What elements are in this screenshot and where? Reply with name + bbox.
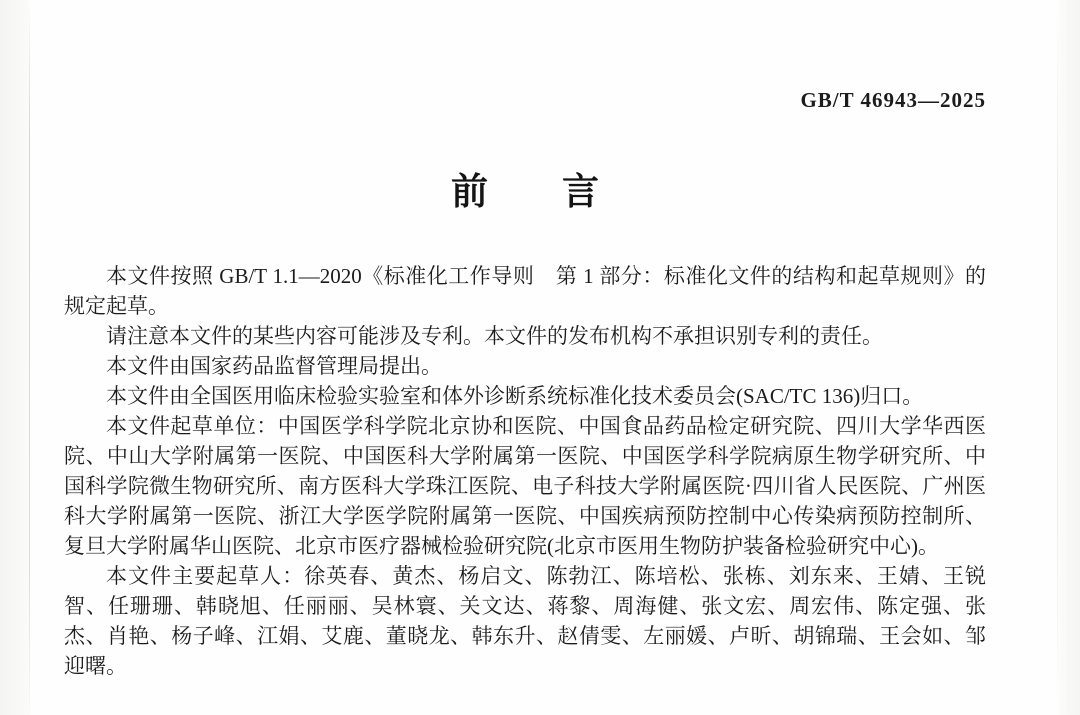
paragraph-centralized-by: 本文件由全国医用临床检验实验室和体外诊断系统标准化技术委员会(SAC/TC 13…	[64, 381, 986, 411]
paragraph-proposed-by: 本文件由国家药品监督管理局提出。	[64, 351, 986, 381]
paragraph-drafting-organizations: 本文件起草单位：中国医学科学院北京协和医院、中国食品药品检定研究院、四川大学华西…	[64, 411, 986, 561]
paragraph-main-drafters: 本文件主要起草人：徐英春、黄杰、杨启文、陈勃江、陈培松、张栋、刘东来、王婧、王锐…	[64, 561, 986, 681]
page-scan-edge-right	[1058, 0, 1080, 715]
standard-number: GB/T 46943—2025	[64, 88, 986, 113]
page-edge-line-right	[1057, 0, 1058, 715]
paragraph-patent-notice: 请注意本文件的某些内容可能涉及专利。本文件的发布机构不承担识别专利的责任。	[64, 321, 986, 351]
document-page: GB/T 46943—2025 前 言 本文件按照 GB/T 1.1—2020《…	[0, 0, 1080, 715]
page-title: 前 言	[64, 161, 986, 215]
page-content: GB/T 46943—2025 前 言 本文件按照 GB/T 1.1—2020《…	[64, 0, 986, 715]
page-edge-line-left	[29, 0, 30, 715]
document-body: 本文件按照 GB/T 1.1—2020《标准化工作导则 第 1 部分：标准化文件…	[64, 261, 986, 681]
page-scan-edge-left	[0, 0, 29, 715]
paragraph-drafting-rules: 本文件按照 GB/T 1.1—2020《标准化工作导则 第 1 部分：标准化文件…	[64, 261, 986, 321]
